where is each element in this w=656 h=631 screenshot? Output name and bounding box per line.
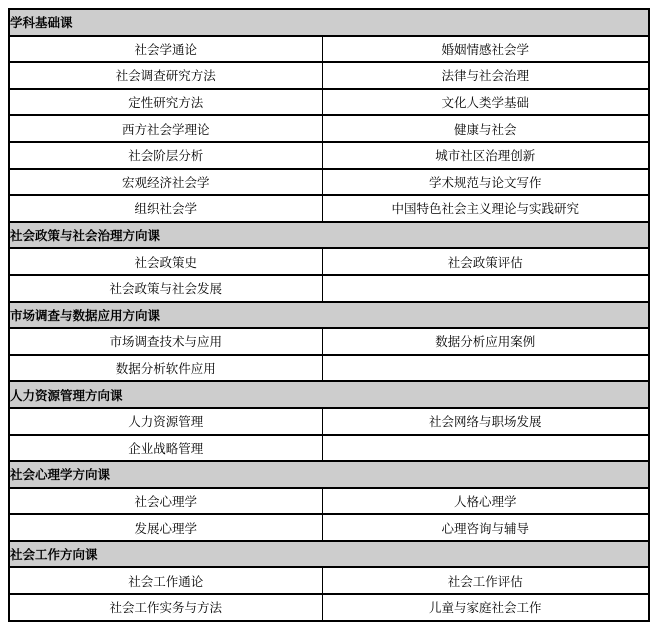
course-row: 社会政策史社会政策评估 [9,248,649,275]
course-cell-right [322,435,649,462]
course-cell-left: 社会阶层分析 [9,142,322,169]
course-row: 社会阶层分析城市社区治理创新 [9,142,649,169]
course-cell-right [322,275,649,302]
section-title: 市场调查与数据应用方向课 [9,302,649,329]
course-cell-right: 人格心理学 [322,488,649,515]
course-row: 社会学通论婚姻情感社会学 [9,36,649,63]
course-cell-right: 法律与社会治理 [322,62,649,89]
course-cell-right: 城市社区治理创新 [322,142,649,169]
course-cell-right: 健康与社会 [322,115,649,142]
course-row: 定性研究方法文化人类学基础 [9,89,649,116]
course-row: 组织社会学中国特色社会主义理论与实践研究 [9,195,649,222]
course-row: 发展心理学心理咨询与辅导 [9,514,649,541]
course-row: 社会心理学人格心理学 [9,488,649,515]
course-row: 市场调查技术与应用数据分析应用案例 [9,328,649,355]
section-header-row: 社会政策与社会治理方向课 [9,222,649,249]
course-cell-left: 组织社会学 [9,195,322,222]
course-row: 企业战略管理 [9,435,649,462]
course-cell-right: 社会网络与职场发展 [322,408,649,435]
course-row: 社会调查研究方法法律与社会治理 [9,62,649,89]
course-cell-left: 市场调查技术与应用 [9,328,322,355]
course-cell-left: 企业战略管理 [9,435,322,462]
course-table-body: 学科基础课社会学通论婚姻情感社会学社会调查研究方法法律与社会治理定性研究方法文化… [9,9,649,621]
course-row: 社会政策与社会发展 [9,275,649,302]
section-title: 社会政策与社会治理方向课 [9,222,649,249]
section-header-row: 社会工作方向课 [9,541,649,568]
course-row: 人力资源管理社会网络与职场发展 [9,408,649,435]
course-cell-left: 社会政策与社会发展 [9,275,322,302]
section-title: 学科基础课 [9,9,649,36]
course-cell-left: 宏观经济社会学 [9,169,322,196]
course-cell-left: 社会调查研究方法 [9,62,322,89]
course-cell-left: 社会心理学 [9,488,322,515]
section-title: 人力资源管理方向课 [9,381,649,408]
course-cell-left: 人力资源管理 [9,408,322,435]
course-cell-right: 社会工作评估 [322,567,649,594]
course-cell-left: 定性研究方法 [9,89,322,116]
course-cell-right: 婚姻情感社会学 [322,36,649,63]
course-cell-left: 西方社会学理论 [9,115,322,142]
course-row: 社会工作实务与方法儿童与家庭社会工作 [9,594,649,621]
course-cell-right: 文化人类学基础 [322,89,649,116]
course-cell-right: 儿童与家庭社会工作 [322,594,649,621]
course-cell-left: 数据分析软件应用 [9,355,322,382]
course-cell-right: 中国特色社会主义理论与实践研究 [322,195,649,222]
section-header-row: 市场调查与数据应用方向课 [9,302,649,329]
course-cell-right [322,355,649,382]
course-row: 数据分析软件应用 [9,355,649,382]
course-row: 社会工作通论社会工作评估 [9,567,649,594]
section-title: 社会工作方向课 [9,541,649,568]
section-header-row: 人力资源管理方向课 [9,381,649,408]
course-cell-left: 社会学通论 [9,36,322,63]
course-cell-right: 学术规范与论文写作 [322,169,649,196]
course-cell-left: 发展心理学 [9,514,322,541]
course-row: 西方社会学理论健康与社会 [9,115,649,142]
course-table: 学科基础课社会学通论婚姻情感社会学社会调查研究方法法律与社会治理定性研究方法文化… [8,8,650,622]
course-cell-left: 社会政策史 [9,248,322,275]
course-cell-right: 社会政策评估 [322,248,649,275]
section-title: 社会心理学方向课 [9,461,649,488]
section-header-row: 社会心理学方向课 [9,461,649,488]
course-cell-right: 心理咨询与辅导 [322,514,649,541]
course-cell-left: 社会工作实务与方法 [9,594,322,621]
course-row: 宏观经济社会学学术规范与论文写作 [9,169,649,196]
section-header-row: 学科基础课 [9,9,649,36]
course-cell-left: 社会工作通论 [9,567,322,594]
course-cell-right: 数据分析应用案例 [322,328,649,355]
